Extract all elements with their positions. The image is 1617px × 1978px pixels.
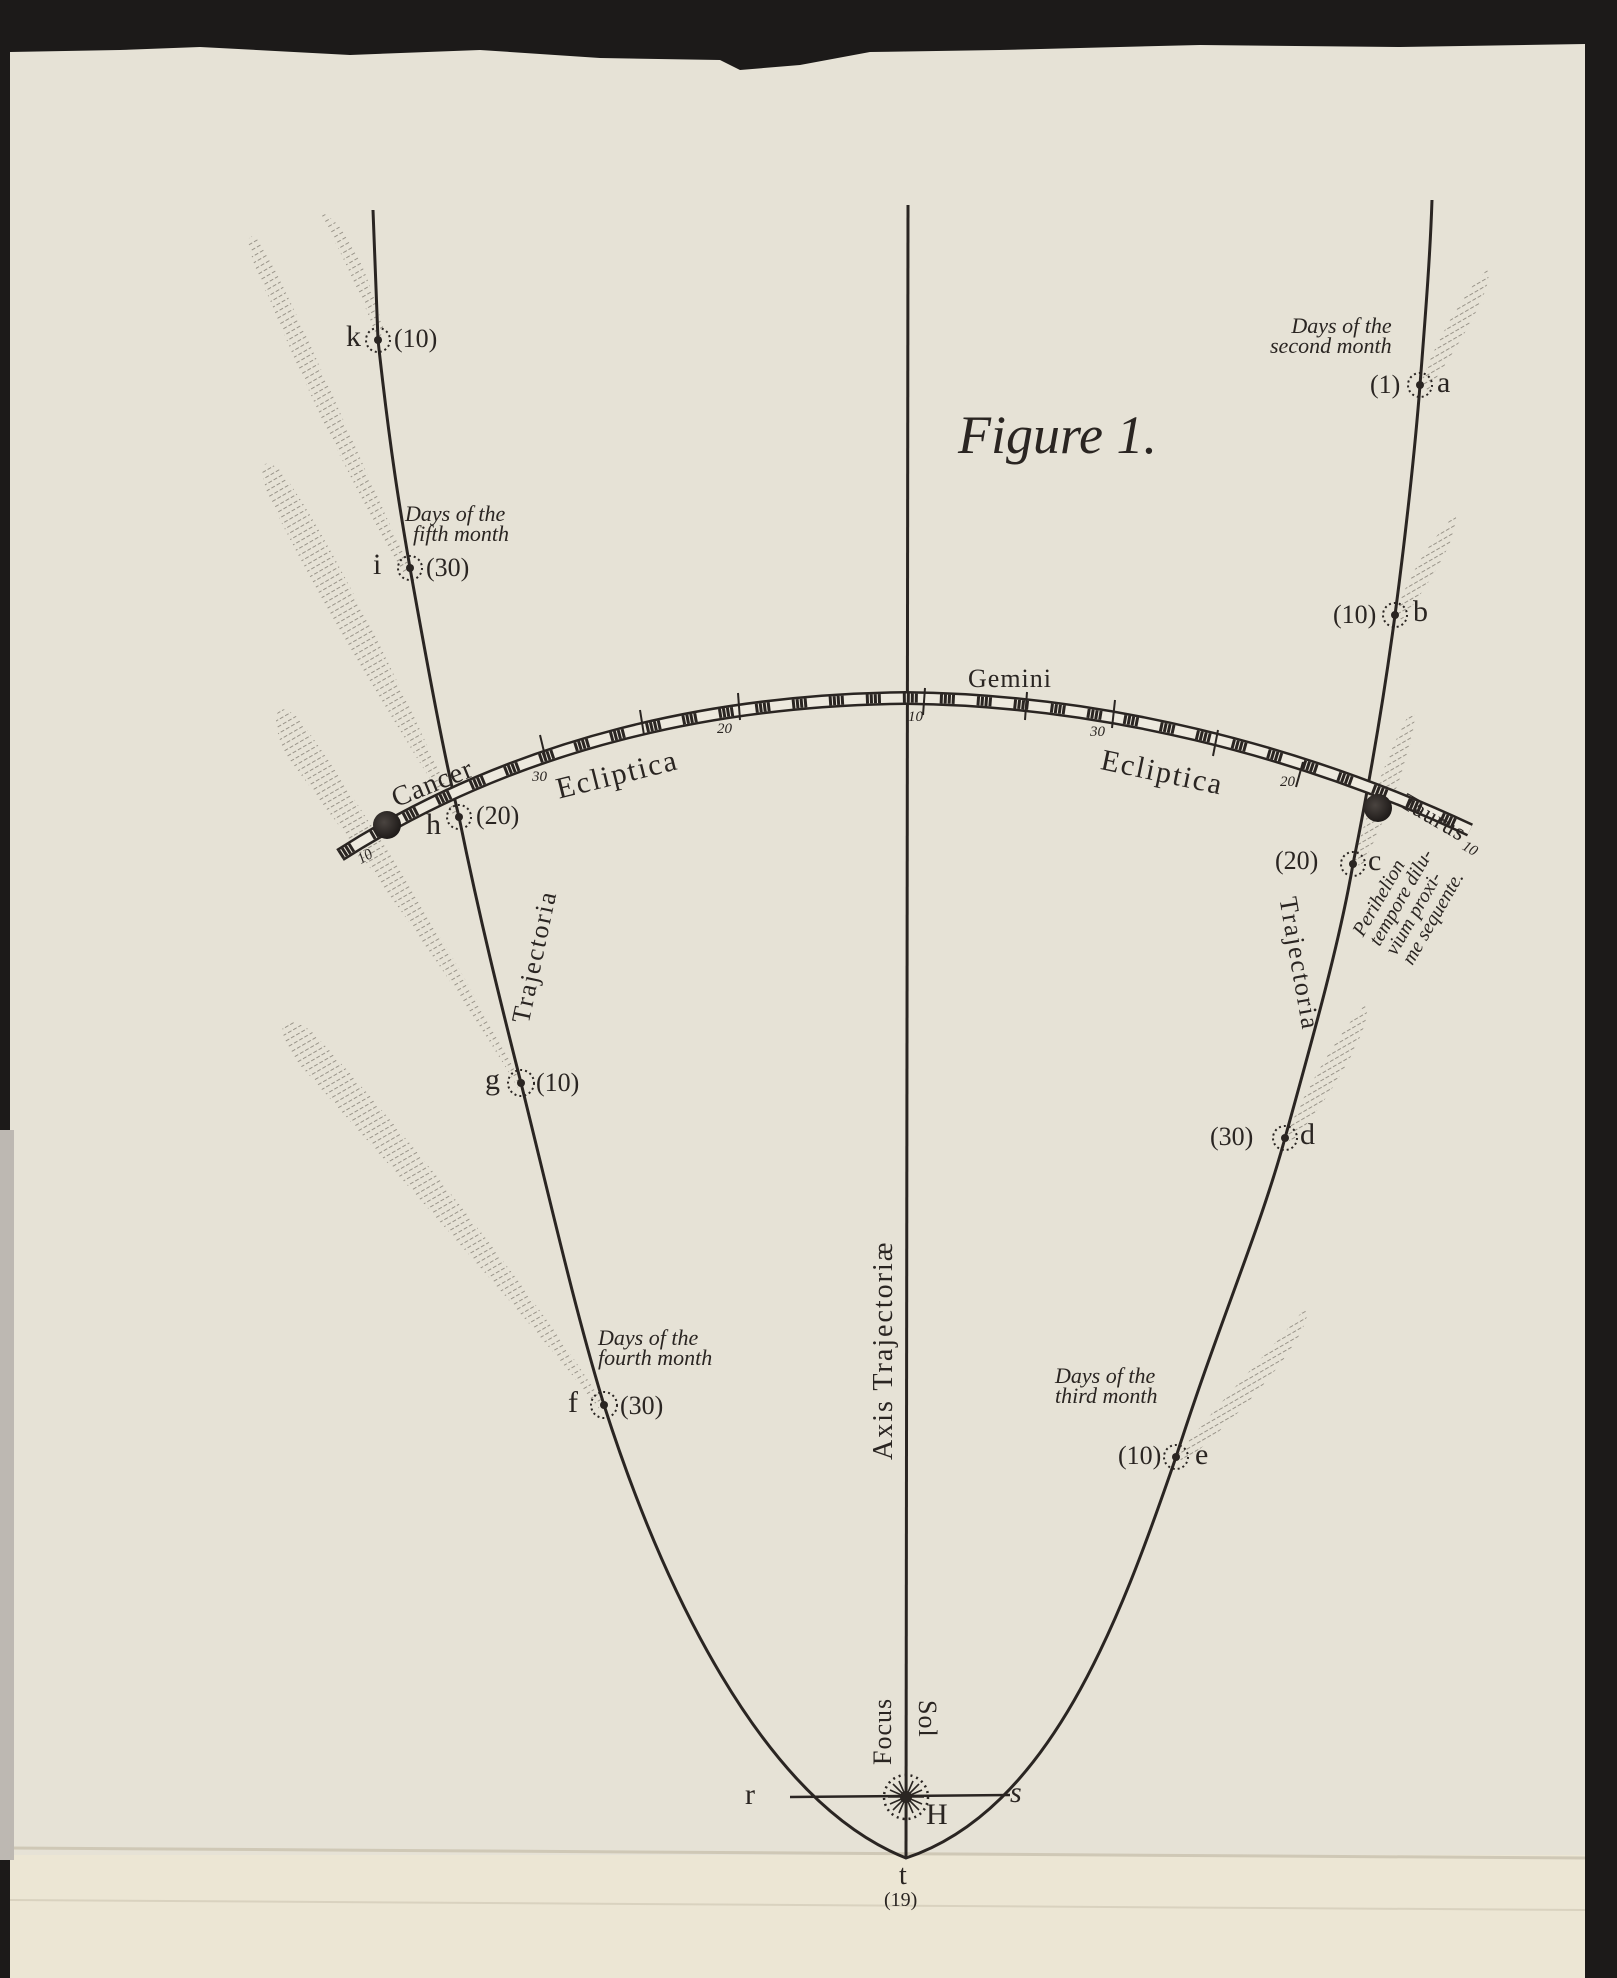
position-day: (1) xyxy=(1370,372,1400,398)
sign-gemini: Gemini xyxy=(968,666,1052,692)
note-third-month: Days of the third month xyxy=(1055,1366,1157,1406)
figure-sheet xyxy=(0,0,1617,1978)
position-day: (10) xyxy=(394,326,437,352)
sol-label: Sol xyxy=(914,1700,940,1738)
position-letter: e xyxy=(1195,1440,1208,1470)
focus-point-label: H xyxy=(926,1800,948,1830)
ecliptic-tick-label: 20 xyxy=(1280,775,1295,790)
position-letter: b xyxy=(1413,597,1428,627)
position-letter: d xyxy=(1300,1120,1315,1150)
page-number: (19) xyxy=(884,1890,917,1910)
left-shadow xyxy=(0,1130,14,1860)
position-day: (20) xyxy=(1275,848,1318,874)
axis-label: Axis Trajectoriæ xyxy=(870,1241,898,1460)
diagram-canvas xyxy=(0,0,1617,1978)
position-day: (10) xyxy=(1333,602,1376,628)
position-letter: c xyxy=(1368,846,1381,876)
position-letter: h xyxy=(426,810,441,840)
note-fourth-month: Days of the fourth month xyxy=(598,1328,712,1368)
figure-title: Figure 1. xyxy=(958,408,1157,462)
latus-right-label: s xyxy=(1010,1778,1022,1808)
vertex-label: t xyxy=(899,1862,907,1890)
ecliptic-tick-label: 30 xyxy=(532,770,547,785)
taurus-globe xyxy=(1364,794,1392,822)
axis-line xyxy=(906,205,908,1858)
position-day: (10) xyxy=(536,1070,579,1096)
position-letter: i xyxy=(373,550,381,580)
position-letter: a xyxy=(1437,368,1450,398)
ecliptic-tick-label: 20 xyxy=(717,722,732,737)
position-letter: k xyxy=(346,322,361,352)
ecliptic-tick-label: 10 xyxy=(908,710,923,725)
position-day: (30) xyxy=(426,555,469,581)
position-day: (20) xyxy=(476,803,519,829)
note-second-month: Days of the second month xyxy=(1270,316,1392,356)
lower-sheet xyxy=(10,1855,1585,1978)
position-day: (30) xyxy=(1210,1124,1253,1150)
focus-label: Focus xyxy=(870,1698,896,1765)
position-letter: f xyxy=(568,1388,578,1418)
position-letter: g xyxy=(485,1065,500,1095)
note-fifth-month: Days of the fifth month xyxy=(405,504,509,544)
ecliptic-tick-label: 30 xyxy=(1090,725,1105,740)
latus-left-label: r xyxy=(745,1780,755,1810)
position-day: (30) xyxy=(620,1393,663,1419)
position-day: (10) xyxy=(1118,1443,1161,1469)
cancer-globe xyxy=(373,811,401,839)
